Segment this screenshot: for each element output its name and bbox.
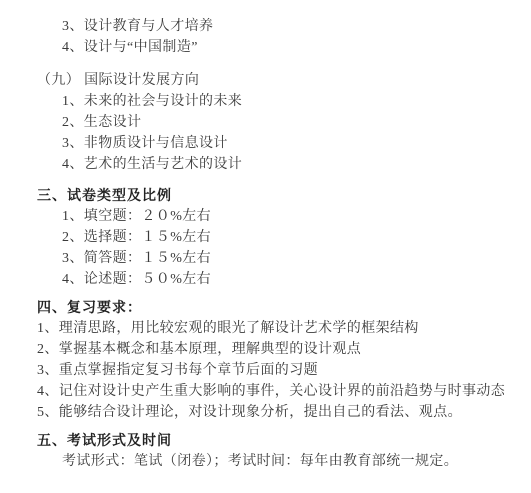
list-item: 4、艺术的生活与艺术的设计 [0, 154, 531, 175]
section-heading-exam-types: 三、试卷类型及比例 [0, 185, 531, 206]
list-item: 1、填空题：２０%左右 [0, 206, 531, 227]
document-page: 3、设计教育与人才培养 4、设计与“中国制造” （九） 国际设计发展方向 1、未… [0, 0, 531, 493]
paragraph-exam-format: 考试形式：笔试（闭卷）；考试时间：每年由教育部统一规定。 [0, 451, 531, 472]
section-heading-exam-format: 五、考试形式及时间 [0, 430, 531, 451]
list-item: 3、简答题：１５%左右 [0, 248, 531, 269]
section-heading-review-requirements: 四、复习要求： [0, 297, 531, 318]
list-item: 3、非物质设计与信息设计 [0, 133, 531, 154]
list-item: 2、选择题：１５%左右 [0, 227, 531, 248]
list-item: 2、掌握基本概念和基本原理，理解典型的设计观点 [0, 339, 531, 360]
list-item: 1、未来的社会与设计的未来 [0, 91, 531, 112]
list-item: 4、论述题：５０%左右 [0, 269, 531, 290]
list-item: 2、生态设计 [0, 112, 531, 133]
list-item: 4、记住对设计史产生重大影响的事件，关心设计界的前沿趋势与时事动态 [0, 381, 531, 402]
list-item: 3、重点掌握指定复习书每个章节后面的习题 [0, 360, 531, 381]
list-item: 1、理清思路，用比较宏观的眼光了解设计艺术学的框架结构 [0, 318, 531, 339]
list-item: 3、设计教育与人才培养 [0, 16, 531, 37]
list-item: 5、能够结合设计理论，对设计现象分析，提出自己的看法、观点。 [0, 402, 531, 423]
subsection-heading-nine: （九） 国际设计发展方向 [0, 70, 531, 91]
list-item: 4、设计与“中国制造” [0, 37, 531, 58]
